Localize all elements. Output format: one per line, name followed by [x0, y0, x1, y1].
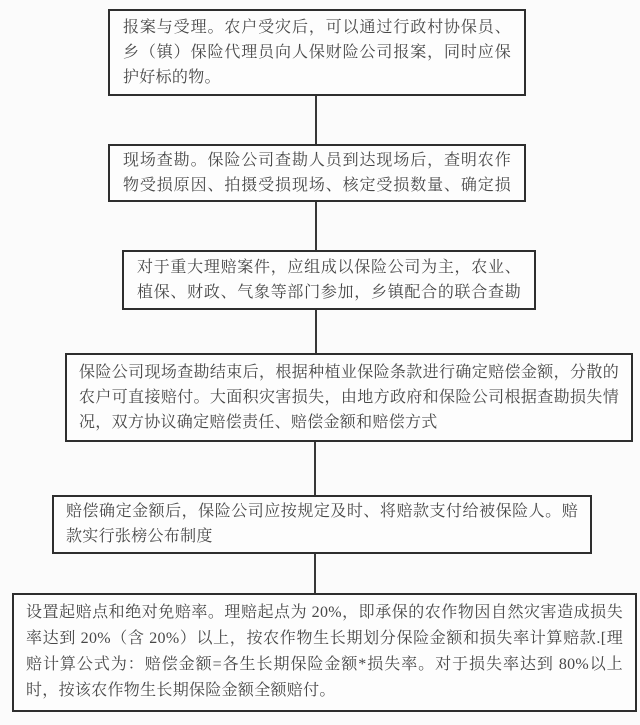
connector-line-5: [314, 554, 316, 593]
connector-line-2: [315, 202, 317, 250]
flow-step-report-and-acceptance: 报案与受理。农户受灾后，可以通过行政村协保员、乡（镇）保险代理员向人保财险公司报…: [108, 9, 526, 96]
connector-line-1: [315, 96, 317, 144]
connector-line-3: [315, 310, 317, 353]
flowchart-canvas: 报案与受理。农户受灾后，可以通过行政村协保员、乡（镇）保险代理员向人保财险公司报…: [0, 0, 640, 725]
flow-step-deductible-rules: 设置起赔点和绝对免赔率。理赔起点为 20%，即承保的农作物因自然灾害造成损失率达…: [12, 593, 637, 712]
flow-step-joint-survey-team: 对于重大理赔案件，应组成以保险公司为主，农业、植保、财政、气象等部门参加，乡镇配…: [122, 250, 536, 310]
connector-line-4: [314, 442, 316, 495]
flow-step-pay-compensation: 赔偿确定金额后，保险公司应按规定及时、将赔款支付给被保险人。赔款实行张榜公布制度: [52, 495, 592, 554]
flow-step-determine-compensation: 保险公司现场查勘结束后，根据种植业保险条款进行确定赔偿金额，分散的农户可直接赔付…: [65, 353, 633, 442]
flow-step-site-survey: 现场查勘。保险公司查勘人员到达现场后，查明农作物受损原因、拍摄受损现场、核定受损…: [108, 144, 526, 202]
